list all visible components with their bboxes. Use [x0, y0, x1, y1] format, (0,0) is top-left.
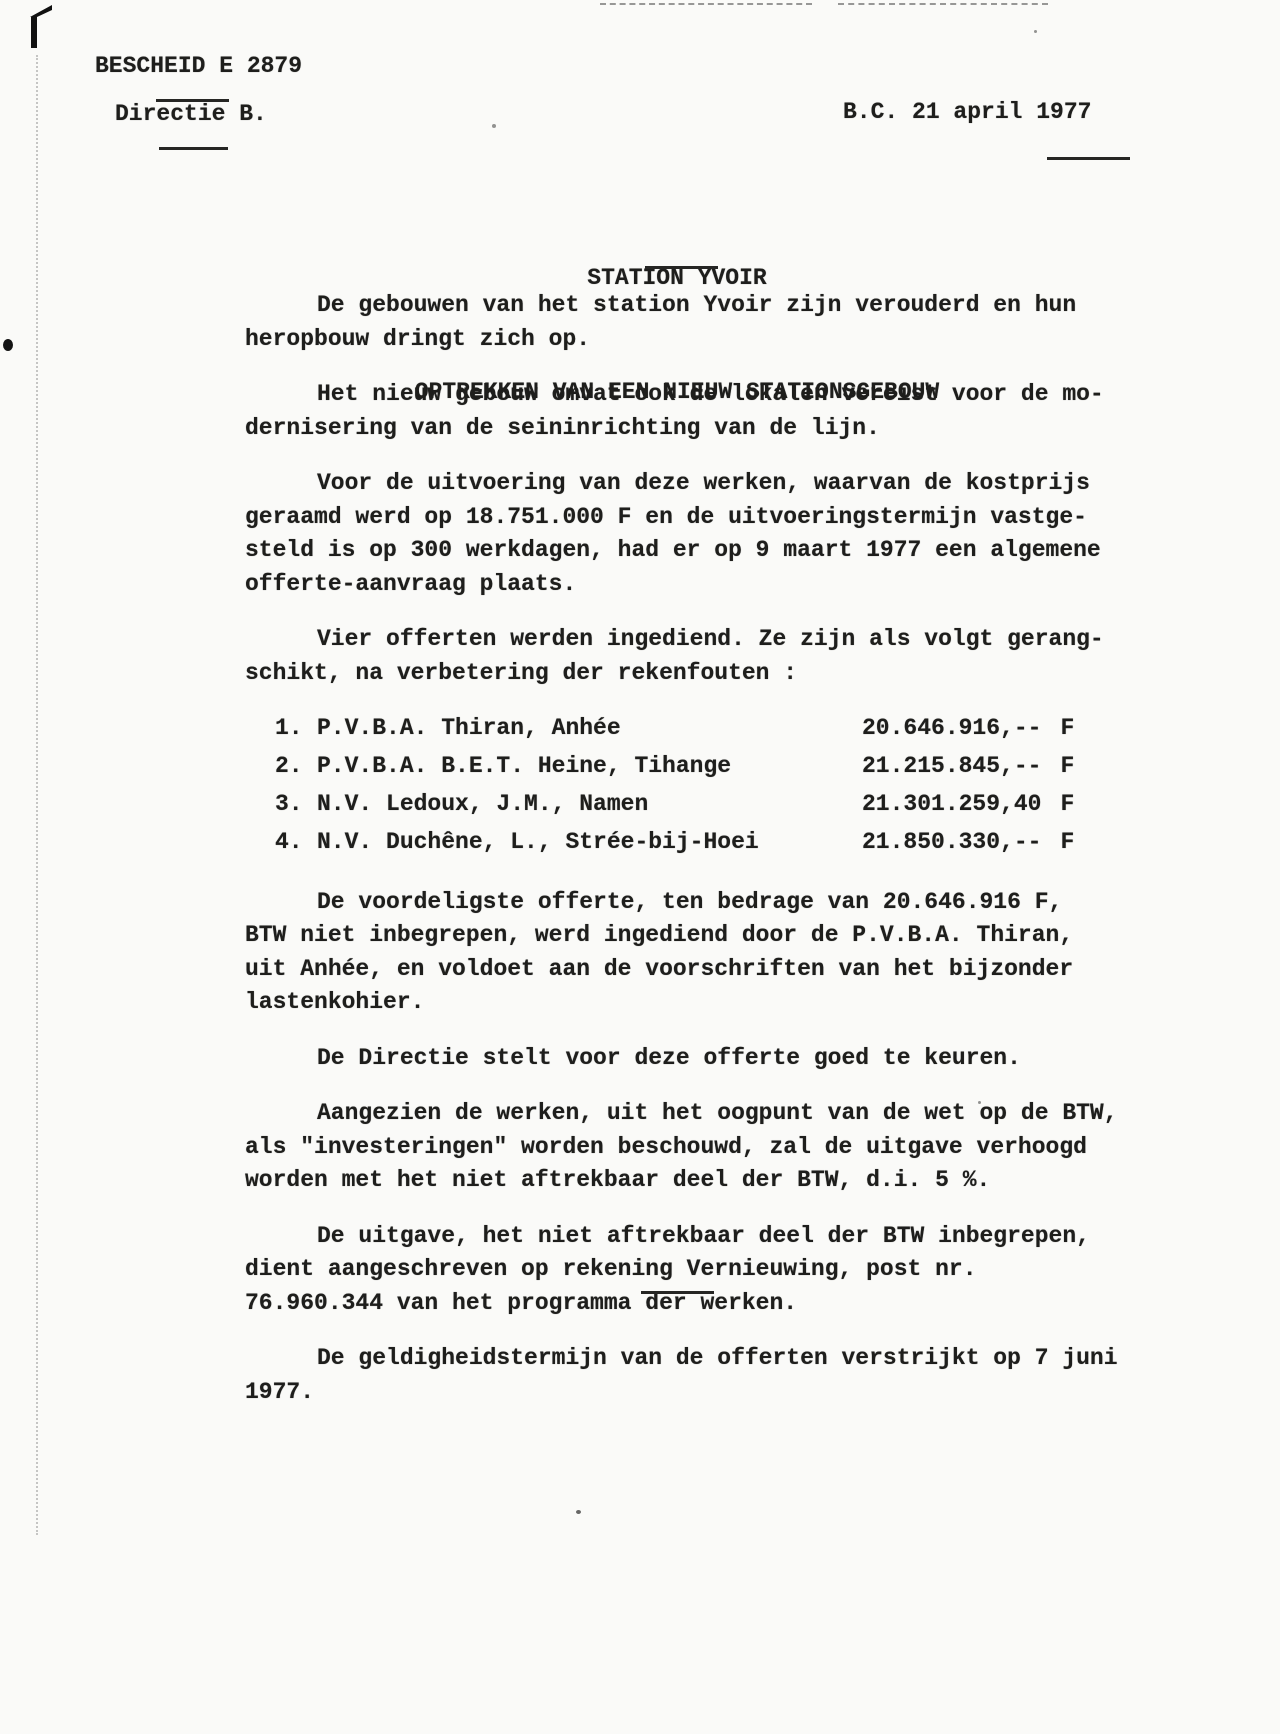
date-underline	[1047, 157, 1130, 160]
scan-edge-dotted-line	[36, 55, 38, 1535]
body-line: worden met het niet aftrekbaar deel der …	[245, 1164, 1125, 1198]
scan-top-dash-line	[600, 3, 812, 5]
body-line: lastenkohier.	[245, 986, 1125, 1020]
paragraph-3: Voor de uitvoering van deze werken, waar…	[245, 467, 1125, 601]
body-line: offerte-aanvraag plaats.	[245, 568, 1125, 602]
offer-number: 3.	[275, 788, 317, 822]
paragraph-5: De voordeligste offerte, ten bedrage van…	[245, 886, 1125, 1020]
body-line: als "investeringen" worden beschouwd, za…	[245, 1131, 1125, 1165]
paragraph-2: Het nieuw gebouw omvat ook de lokalen ve…	[245, 378, 1125, 445]
document-body: De gebouwen van het station Yvoir zijn v…	[245, 289, 1125, 1431]
offer-amount: 21.301.259,40	[862, 788, 1041, 822]
offer-bidder: P.V.B.A. Thiran, Anhée	[317, 712, 862, 746]
body-line: uit Anhée, en voldoet aan de voorschrift…	[245, 953, 1125, 987]
body-line: 1977.	[245, 1376, 1125, 1410]
scanned-document-page: BESCHEID E 2879 Directie B. B.C. 21 apri…	[0, 0, 1280, 1734]
offer-row: 4. N.V. Duchêne, L., Strée-bij-Hoei 21.8…	[245, 826, 1125, 860]
offer-bidder: N.V. Duchêne, L., Strée-bij-Hoei	[317, 826, 862, 860]
body-line: De gebouwen van het station Yvoir zijn v…	[245, 289, 1125, 323]
body-line: Voor de uitvoering van deze werken, waar…	[245, 467, 1125, 501]
scan-corner-mark	[28, 5, 54, 49]
body-line: geraamd werd op 18.751.000 F en de uitvo…	[245, 501, 1125, 535]
paragraph-7: Aangezien de werken, uit het oogpunt van…	[245, 1097, 1125, 1198]
body-line: heropbouw dringt zich op.	[245, 323, 1125, 357]
closing-rule	[641, 1291, 714, 1294]
scan-top-dash-line	[838, 3, 1048, 5]
offer-currency: F	[1060, 750, 1074, 784]
offer-currency: F	[1060, 826, 1074, 860]
scan-ink-dot	[3, 339, 13, 351]
offer-currency: F	[1060, 712, 1074, 746]
paragraph-8: De uitgave, het niet aftrekbaar deel der…	[245, 1220, 1125, 1321]
body-line: BTW niet inbegrepen, werd ingediend door…	[245, 919, 1125, 953]
body-line: dient aangeschreven op rekening Vernieuw…	[245, 1253, 1125, 1287]
offer-currency: F	[1060, 788, 1074, 822]
body-line: dernisering van de seininrichting van de…	[245, 412, 1125, 446]
offer-row: 2. P.V.B.A. B.E.T. Heine, Tihange 21.215…	[245, 750, 1125, 784]
offers-list: 1. P.V.B.A. Thiran, Anhée 20.646.916,-- …	[245, 712, 1125, 860]
document-reference: BESCHEID E 2879	[95, 53, 302, 79]
offer-amount: 21.215.845,--	[862, 750, 1041, 784]
offer-row: 1. P.V.B.A. Thiran, Anhée 20.646.916,-- …	[245, 712, 1125, 746]
paragraph-9: De geldigheidstermijn van de offerten ve…	[245, 1342, 1125, 1409]
offer-number: 2.	[275, 750, 317, 784]
body-line: De uitgave, het niet aftrekbaar deel der…	[245, 1220, 1125, 1254]
body-line: schikt, na verbetering der rekenfouten :	[245, 657, 1125, 691]
offer-number: 1.	[275, 712, 317, 746]
paragraph-1: De gebouwen van het station Yvoir zijn v…	[245, 289, 1125, 356]
scan-speck	[492, 124, 496, 128]
body-line: steld is op 300 werkdagen, had er op 9 m…	[245, 534, 1125, 568]
body-line: De Directie stelt voor deze offerte goed…	[245, 1042, 1125, 1076]
scan-speck	[576, 1510, 581, 1514]
body-line: Aangezien de werken, uit het oogpunt van…	[245, 1097, 1125, 1131]
body-line: Het nieuw gebouw omvat ook de lokalen ve…	[245, 378, 1125, 412]
offer-number: 4.	[275, 826, 317, 860]
offer-bidder: P.V.B.A. B.E.T. Heine, Tihange	[317, 750, 862, 784]
body-line: De voordeligste offerte, ten bedrage van…	[245, 886, 1125, 920]
offer-amount: 20.646.916,--	[862, 712, 1041, 746]
department-underline	[159, 147, 228, 150]
body-line: Vier offerten werden ingediend. Ze zijn …	[245, 623, 1125, 657]
offer-bidder: N.V. Ledoux, J.M., Namen	[317, 788, 862, 822]
date-reference: B.C. 21 april 1977	[843, 99, 1091, 125]
scan-speck	[1034, 30, 1037, 33]
body-line: De geldigheidstermijn van de offerten ve…	[245, 1342, 1125, 1376]
offer-amount: 21.850.330,--	[862, 826, 1041, 860]
department-label: Directie B.	[115, 101, 267, 127]
offer-row: 3. N.V. Ledoux, J.M., Namen 21.301.259,4…	[245, 788, 1125, 822]
title-underline	[645, 266, 718, 269]
paragraph-4: Vier offerten werden ingediend. Ze zijn …	[245, 623, 1125, 690]
paragraph-6: De Directie stelt voor deze offerte goed…	[245, 1042, 1125, 1076]
